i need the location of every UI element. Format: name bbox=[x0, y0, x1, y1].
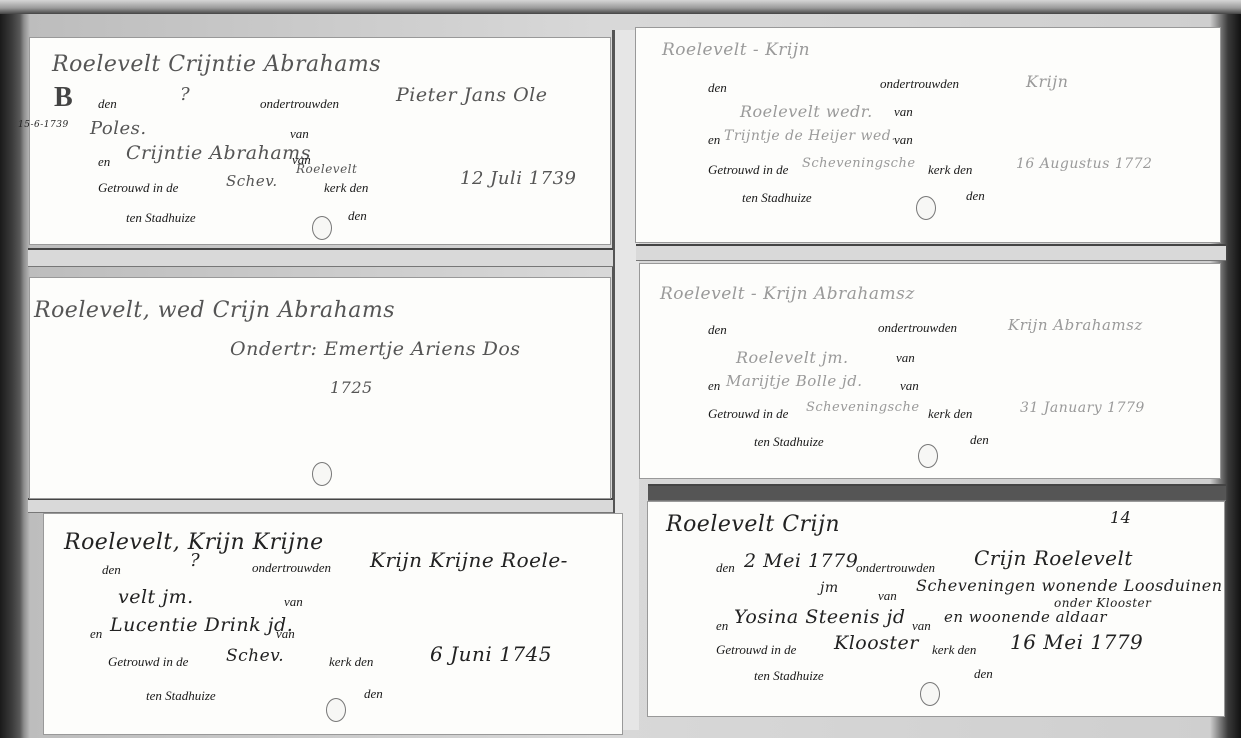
label-en: en bbox=[716, 618, 728, 634]
registry-card-3: Roelevelt, wed Crijn Abrahams Ondertr: E… bbox=[30, 278, 610, 498]
church-name: Scheveningsche bbox=[802, 156, 916, 171]
church-name: Schev. bbox=[226, 172, 278, 190]
church-date: 16 Mei 1779 bbox=[1010, 630, 1143, 654]
punch-hole bbox=[916, 196, 936, 220]
label-den: den bbox=[364, 686, 383, 702]
den-value: 2 Mei 1779 bbox=[744, 550, 858, 572]
card-heading: Roelevelt Crijn bbox=[666, 512, 840, 537]
bride-name: Marijtje Bolle jd. bbox=[726, 372, 863, 390]
label-van: van bbox=[290, 126, 309, 142]
registry-card-5: Roelevelt, Krijn Krijne den ? ondertrouw… bbox=[44, 514, 622, 734]
church-date: 16 Augustus 1772 bbox=[1016, 156, 1152, 172]
label-van: van bbox=[878, 588, 897, 604]
church-date: 12 Juli 1739 bbox=[460, 168, 576, 189]
label-ondertrouwden: ondertrouwden bbox=[856, 560, 935, 576]
label-kerk-den: kerk den bbox=[324, 180, 368, 196]
card-heading: Roelevelt, wed Crijn Abrahams bbox=[34, 298, 395, 323]
label-den: den bbox=[974, 666, 993, 682]
label-van: van bbox=[896, 350, 915, 366]
card-year: 1725 bbox=[330, 378, 373, 397]
punch-hole bbox=[312, 462, 332, 486]
label-stadhuize: ten Stadhuize bbox=[742, 190, 812, 206]
label-den: den bbox=[98, 96, 117, 112]
label-den: den bbox=[708, 322, 727, 338]
label-getrouwd: Getrouwd in de bbox=[108, 654, 188, 670]
bride-note: Roelevelt bbox=[296, 162, 357, 176]
punch-hole bbox=[312, 216, 332, 240]
card-heading: Roelevelt Crijntie Abrahams bbox=[52, 52, 381, 77]
label-van: van bbox=[284, 594, 303, 610]
punch-hole bbox=[920, 682, 940, 706]
letter-stamp: B bbox=[54, 82, 73, 114]
label-kerk-den: kerk den bbox=[928, 162, 972, 178]
label-den: den bbox=[348, 208, 367, 224]
label-van: van bbox=[894, 104, 913, 120]
label-getrouwd: Getrouwd in de bbox=[716, 642, 796, 658]
groom-status: jm bbox=[820, 580, 839, 596]
label-getrouwd: Getrouwd in de bbox=[708, 406, 788, 422]
card-note: Ondertr: Emertje Ariens Dos bbox=[230, 338, 521, 360]
church-date: 31 January 1779 bbox=[1020, 400, 1145, 416]
church-date: 6 Juni 1745 bbox=[430, 642, 552, 666]
card-separator bbox=[636, 244, 1226, 261]
label-ondertrouwden: ondertrouwden bbox=[878, 320, 957, 336]
groom-origin: Scheveningen wonende Loosduinen bbox=[916, 576, 1223, 595]
bride-origin: en woonende aldaar bbox=[944, 608, 1107, 626]
bride-name: Trijntje de Heijer wed. bbox=[724, 128, 896, 144]
label-kerk-den: kerk den bbox=[928, 406, 972, 422]
label-getrouwd: Getrouwd in de bbox=[708, 162, 788, 178]
card-heading: Roelevelt - Krijn bbox=[662, 40, 810, 60]
groom-surname: velt jm. bbox=[118, 586, 194, 608]
groom-name: Crijn Roelevelt bbox=[974, 546, 1133, 570]
card-separator bbox=[28, 498, 613, 513]
groom-surname: Roelevelt wedr. bbox=[740, 102, 873, 121]
label-van: van bbox=[276, 626, 295, 642]
label-den: den bbox=[102, 562, 121, 578]
registry-card-6: Roelevelt Crijn 14 den 2 Mei 1779 ondert… bbox=[648, 502, 1224, 716]
card-heading: Roelevelt - Krijn Abrahamsz bbox=[660, 284, 915, 304]
groom-name: Pieter Jans Ole bbox=[396, 84, 547, 106]
label-en: en bbox=[98, 154, 110, 170]
groom-name: Krijn Krijne Roele- bbox=[370, 548, 568, 572]
groom-surname: Roelevelt jm. bbox=[736, 348, 849, 367]
registry-card-1: Roelevelt Crijntie Abrahams B 15-6-1739 … bbox=[30, 38, 610, 244]
registry-card-2: Roelevelt - Krijn den ondertrouwden Krij… bbox=[636, 28, 1220, 242]
church-name: Klooster bbox=[834, 632, 919, 654]
label-den: den bbox=[970, 432, 989, 448]
punch-hole bbox=[326, 698, 346, 722]
label-stadhuize: ten Stadhuize bbox=[126, 210, 196, 226]
groom-name: Krijn bbox=[1026, 72, 1068, 91]
label-ondertrouwden: ondertrouwden bbox=[880, 76, 959, 92]
den-value: ? bbox=[180, 84, 190, 105]
registry-card-4: Roelevelt - Krijn Abrahamsz den ondertro… bbox=[640, 264, 1220, 478]
card-separator bbox=[648, 484, 1226, 501]
label-ondertrouwden: ondertrouwden bbox=[260, 96, 339, 112]
label-kerk-den: kerk den bbox=[932, 642, 976, 658]
groom-name: Krijn Abrahamsz bbox=[1008, 316, 1143, 334]
label-ondertrouwden: ondertrouwden bbox=[252, 560, 331, 576]
label-en: en bbox=[708, 378, 720, 394]
label-stadhuize: ten Stadhuize bbox=[754, 668, 824, 684]
label-en: en bbox=[708, 132, 720, 148]
groom-surname: Poles. bbox=[90, 118, 147, 139]
label-den: den bbox=[966, 188, 985, 204]
label-stadhuize: ten Stadhuize bbox=[146, 688, 216, 704]
label-stadhuize: ten Stadhuize bbox=[754, 434, 824, 450]
label-van: van bbox=[894, 132, 913, 148]
church-name: Schev. bbox=[226, 646, 284, 666]
bride-name: Crijntie Abrahams bbox=[126, 142, 311, 164]
label-den: den bbox=[716, 560, 735, 576]
card-number: 14 bbox=[1110, 508, 1131, 527]
card-separator bbox=[28, 248, 613, 267]
top-edge bbox=[0, 0, 1241, 14]
church-name: Scheveningsche bbox=[806, 400, 920, 415]
punch-hole bbox=[918, 444, 938, 468]
bride-name: Lucentie Drink jd. bbox=[110, 614, 293, 636]
label-kerk-den: kerk den bbox=[329, 654, 373, 670]
label-en: en bbox=[90, 626, 102, 642]
label-den: den bbox=[708, 80, 727, 96]
den-value: ? bbox=[190, 550, 200, 571]
label-getrouwd: Getrouwd in de bbox=[98, 180, 178, 196]
label-van: van bbox=[900, 378, 919, 394]
stamp-date: 15-6-1739 bbox=[18, 120, 69, 130]
bride-name: Yosina Steenis jd bbox=[734, 606, 906, 628]
